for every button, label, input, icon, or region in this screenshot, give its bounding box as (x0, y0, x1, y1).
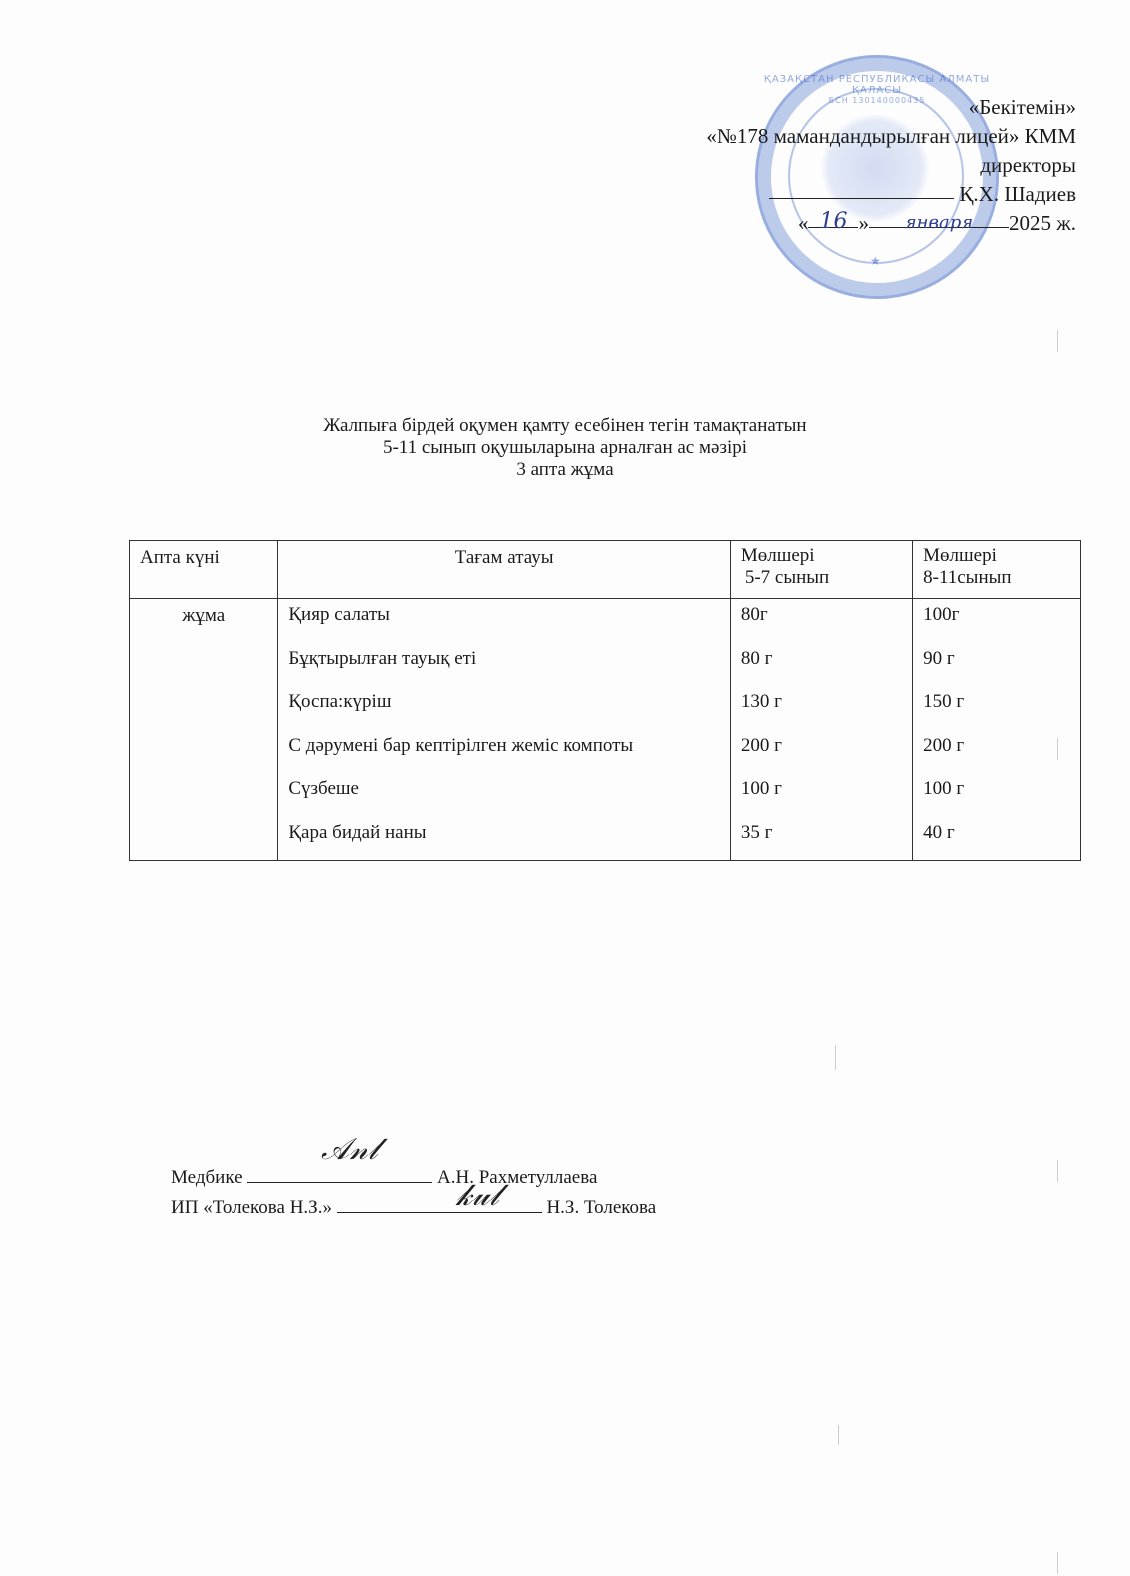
dish-item: С дәрумені бар кептірілген жеміс компоты (278, 730, 729, 774)
scan-artifact (835, 1045, 836, 1070)
qty-item: 35 г (731, 817, 912, 861)
nurse-role: Медбике (171, 1167, 243, 1188)
nurse-signature-row: Медбике А.Н. Рахметуллаева 𝒜𝓃𝓁 (171, 1163, 656, 1193)
table-row: жұма Қияр салаты Бұқтырылған тауық еті Қ… (130, 599, 1081, 861)
qty-item: 40 г (913, 817, 1080, 861)
approval-date: «16»января2025 ж. (706, 209, 1076, 238)
date-month: января (905, 212, 973, 233)
scan-artifact (1057, 1160, 1058, 1182)
header-qty-8-11-grade: 8-11сынып (923, 567, 1080, 589)
date-day-field: 16 (808, 209, 858, 228)
approval-heading: «Бекітемін» (706, 93, 1076, 122)
director-signature (947, 180, 954, 205)
table-header-row: Апта күні Тағам атауы Мөлшері 5-7 сынып … (130, 541, 1081, 599)
approval-organization: «№178 мамандандырылған лицей» КММ (706, 122, 1076, 151)
supplier-handwritten-signature: 𝓀𝓊𝓁 (456, 1181, 499, 1211)
approval-block: «Бекітемін» «№178 мамандандырылған лицей… (706, 93, 1076, 238)
scan-artifact (1057, 738, 1058, 760)
cell-day: жұма (130, 599, 278, 861)
date-day: 16 (819, 209, 847, 234)
header-qty-5-7-grade: 5-7 сынып (741, 567, 912, 589)
nurse-signature-line (247, 1165, 432, 1183)
supplier-signature-row: ИП «Толекова Н.З.» Н.З. Толекова 𝓀𝓊𝓁 (171, 1193, 656, 1223)
header-day: Апта күні (130, 541, 278, 599)
header-qty-8-11-label: Мөлшері (923, 545, 1080, 567)
dish-item: Қияр салаты (278, 599, 729, 643)
director-signature-line (769, 180, 954, 199)
menu-table: Апта күні Тағам атауы Мөлшері 5-7 сынып … (129, 540, 1081, 861)
qty-item: 90 г (913, 643, 1080, 687)
supplier-signature-line (337, 1195, 542, 1213)
qty-item: 130 г (731, 686, 912, 730)
header-qty-8-11: Мөлшері 8-11сынып (913, 541, 1081, 599)
qty-item: 200 г (913, 730, 1080, 774)
nurse-handwritten-signature: 𝒜𝓃𝓁 (321, 1135, 378, 1165)
scan-artifact (1057, 330, 1058, 352)
cell-qty-5-7: 80г 80 г 130 г 200 г 100 г 35 г (730, 599, 912, 861)
dish-item: Қоспа:күріш (278, 686, 729, 730)
date-month-field: января (869, 209, 1009, 228)
header-qty-5-7-label: Мөлшері (741, 545, 912, 567)
qty-item: 80 г (731, 643, 912, 687)
date-year: 2025 ж. (1009, 211, 1076, 235)
scan-artifact (1057, 1552, 1058, 1574)
cell-qty-8-11: 100г 90 г 150 г 200 г 100 г 40 г (913, 599, 1081, 861)
dish-item: Бұқтырылған тауық еті (278, 643, 729, 687)
date-open-quote: « (798, 211, 809, 235)
dish-item: Сүзбеше (278, 773, 729, 817)
title-line-3: 3 апта жұма (0, 459, 1130, 481)
date-close-quote: » (858, 211, 869, 235)
document-title: Жалпыға бірдей оқумен қамту есебінен тег… (0, 415, 1130, 481)
qty-item: 80г (731, 599, 912, 643)
cell-dishes: Қияр салаты Бұқтырылған тауық еті Қоспа:… (278, 599, 730, 861)
title-line-2: 5-11 сынып оқушыларына арналған ас мәзір… (0, 437, 1130, 459)
header-qty-5-7: Мөлшері 5-7 сынып (730, 541, 912, 599)
stamp-star-icon: ★ (870, 254, 881, 269)
title-line-1: Жалпыға бірдей оқумен қамту есебінен тег… (0, 415, 1130, 437)
approval-signatory: Қ.Х. Шадиев (959, 182, 1076, 206)
qty-item: 150 г (913, 686, 1080, 730)
qty-item: 100 г (731, 773, 912, 817)
qty-item: 100г (913, 599, 1080, 643)
supplier-name: Н.З. Толекова (546, 1197, 656, 1218)
dish-item: Қара бидай наны (278, 817, 729, 861)
scan-artifact (838, 1425, 839, 1445)
approval-signatory-line: Қ.Х. Шадиев (706, 180, 1076, 209)
qty-item: 200 г (731, 730, 912, 774)
signatures-block: Медбике А.Н. Рахметуллаева 𝒜𝓃𝓁 ИП «Толек… (171, 1163, 656, 1223)
supplier-role: ИП «Толекова Н.З.» (171, 1197, 332, 1218)
header-dish: Тағам атауы (278, 541, 730, 599)
qty-item: 100 г (913, 773, 1080, 817)
approval-position: директоры (706, 151, 1076, 180)
